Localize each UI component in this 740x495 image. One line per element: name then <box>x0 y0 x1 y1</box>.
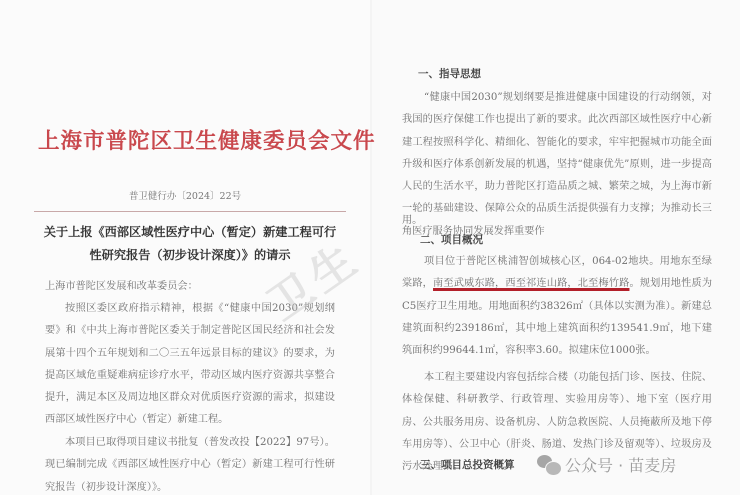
body-paragraph: 按照区委区政府指示精神，根据《“健康中国2030”规划纲要》和《中共上海市普陀区… <box>45 298 335 432</box>
header-divider <box>34 211 346 212</box>
wechat-credit-label: 公众号 · 苗麦房 <box>565 453 676 476</box>
body-paragraph: 本项目已取得项目建议书批复（普发改投【2022】97号）。现已编制完成《西部区域… <box>45 432 335 495</box>
addressee: 上海市普陀区发展和改革委员会： <box>45 276 345 298</box>
document-red-header: 上海市普陀区卫生健康委员会文件 <box>38 124 348 155</box>
wechat-icon <box>537 455 561 475</box>
section-heading-guiding-thought: 一、指导思想 <box>418 66 481 81</box>
highlighted-boundaries: 南至武威东路，西至祁连山路，北至梅竹路 <box>433 278 629 289</box>
document-number: 普卫健行办〔2024〕22号 <box>0 188 370 202</box>
overview-text-after: 。规划用地性质为C5医疗卫生用地。用地面积约38326㎡（具体以实测为准）。新建… <box>402 278 712 356</box>
section-heading-project-overview: 二、项目概况 <box>420 232 483 247</box>
project-overview-paragraph: 项目位于普陀区桃浦智创城核心区，064-02地块。用地东至绿棠路，南至武威东路，… <box>402 251 712 362</box>
section-paragraph-tail: 用。 <box>402 210 712 232</box>
wechat-credit: 公众号 · 苗麦房 <box>537 453 676 476</box>
document-title: 关于上报《西部区域性医疗中心（暂定）新建工程可行性研究报告（初步设计深度）》的请… <box>40 221 340 267</box>
section-heading-investment: 三、项目总投资概算 <box>420 457 515 472</box>
